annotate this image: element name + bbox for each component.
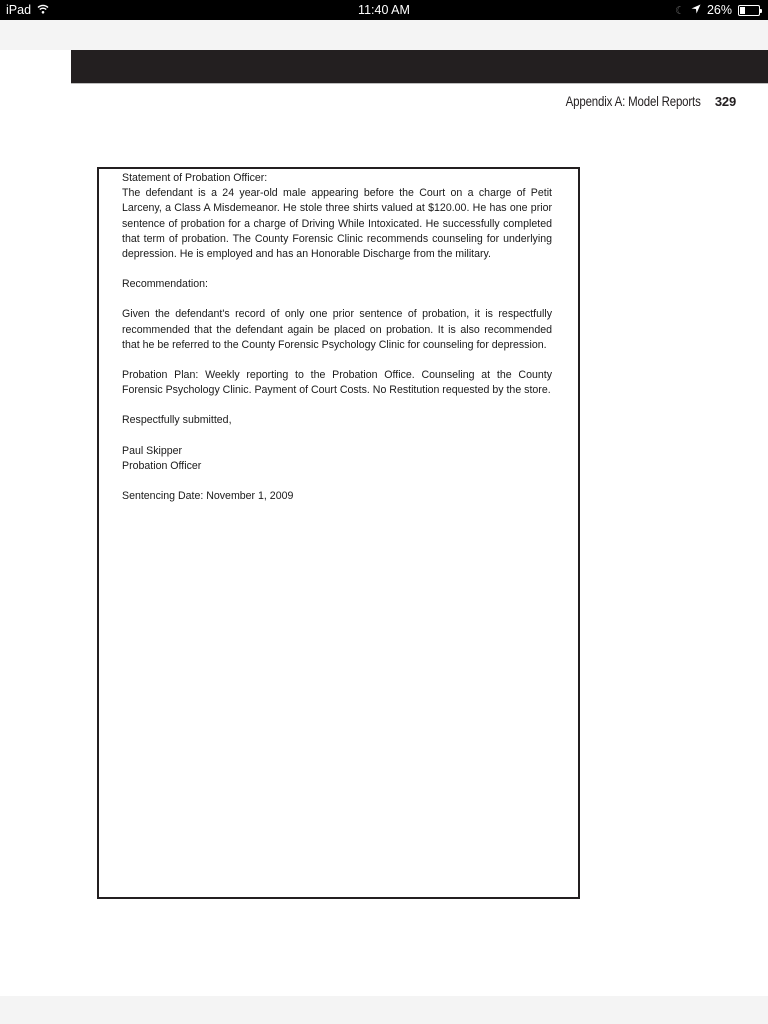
battery-fill bbox=[740, 7, 745, 14]
status-bar: iPad 11:40 AM ☾ 26% bbox=[0, 0, 768, 20]
closing: Respectfully submitted, bbox=[122, 413, 552, 428]
signer-name: Paul Skipper bbox=[122, 444, 552, 459]
moon-icon: ☾ bbox=[675, 4, 685, 17]
statement-heading: Statement of Probation Officer: bbox=[122, 171, 552, 186]
clock: 11:40 AM bbox=[0, 3, 768, 17]
reader-bottom-margin bbox=[0, 996, 768, 1024]
recommendation-body: Given the defendant's record of only one… bbox=[122, 307, 552, 353]
battery-percent: 26% bbox=[707, 3, 732, 17]
book-header-band bbox=[71, 50, 768, 84]
recommendation-heading: Recommendation: bbox=[122, 277, 552, 292]
statement-body: The defendant is a 24 year-old male appe… bbox=[122, 186, 552, 262]
reader-top-margin bbox=[0, 20, 768, 50]
running-head: Appendix A: Model Reports329 bbox=[536, 93, 736, 109]
report-content: Statement of Probation Officer: The defe… bbox=[122, 171, 552, 504]
location-arrow-icon bbox=[691, 3, 701, 17]
status-right: ☾ 26% bbox=[675, 3, 760, 17]
signer-title: Probation Officer bbox=[122, 459, 552, 474]
sentencing-date: Sentencing Date: November 1, 2009 bbox=[122, 489, 552, 504]
battery-icon bbox=[738, 5, 760, 16]
probation-plan: Probation Plan: Weekly reporting to the … bbox=[122, 368, 552, 398]
model-report-box: Statement of Probation Officer: The defe… bbox=[97, 167, 580, 899]
page-number: 329 bbox=[715, 94, 736, 109]
chapter-title: Appendix A: Model Reports bbox=[566, 93, 701, 109]
